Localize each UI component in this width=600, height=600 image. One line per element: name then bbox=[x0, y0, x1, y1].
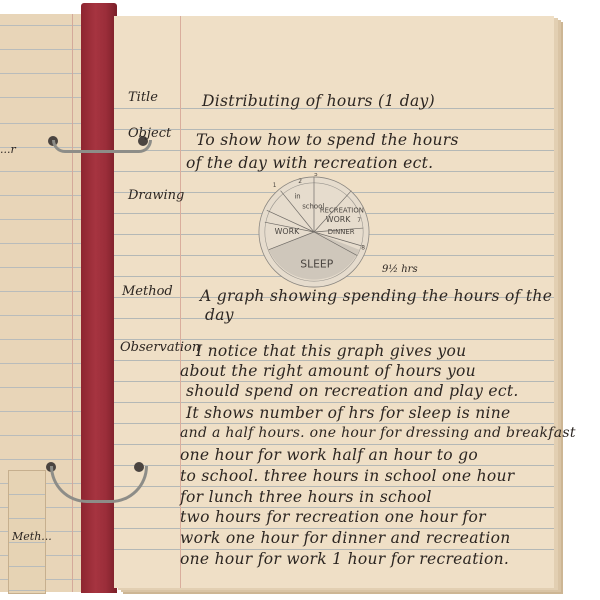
label-method: Method bbox=[122, 284, 173, 299]
observation-line: one hour for work half an hour to go bbox=[180, 446, 478, 464]
method-line-1: A graph showing spending the hours of th… bbox=[200, 287, 552, 305]
object-line-1: To show how to spend the hours bbox=[196, 131, 459, 149]
label-drawing: Drawing bbox=[128, 188, 184, 203]
observation-line: work one hour for dinner and recreation bbox=[180, 529, 511, 547]
svg-text:school: school bbox=[302, 202, 324, 210]
observation-line: It shows number of hrs for sleep is nine bbox=[186, 404, 511, 422]
svg-text:WORK: WORK bbox=[326, 215, 351, 224]
svg-text:8: 8 bbox=[361, 246, 365, 252]
svg-text:5: 5 bbox=[314, 173, 318, 178]
observation-line: should spend on recreation and play ect. bbox=[186, 382, 519, 400]
binder-ring-top bbox=[52, 140, 152, 153]
observation-line: and a half hours. one hour for dressing … bbox=[180, 425, 576, 441]
observation-line: for lunch three hours in school bbox=[180, 488, 432, 506]
hours-pie-drawing: SLEEP WORK RECREATION WORK DINNER in sch… bbox=[255, 173, 373, 291]
left-margin-line bbox=[72, 14, 73, 592]
observation-line: I notice that this graph gives you bbox=[196, 342, 466, 360]
svg-text:7: 7 bbox=[357, 218, 361, 224]
observation-line: to school. three hours in school one hou… bbox=[180, 467, 515, 485]
svg-text:WORK: WORK bbox=[275, 227, 300, 236]
svg-text:1: 1 bbox=[273, 183, 277, 189]
label-title: Title bbox=[128, 90, 158, 105]
svg-text:2: 2 bbox=[298, 179, 302, 185]
observation-line: two hours for recreation one hour for bbox=[180, 508, 486, 526]
observation-line: one hour for work 1 hour for recreation. bbox=[180, 550, 509, 568]
left-tab-label: Meth... bbox=[12, 530, 52, 543]
sleep-label: SLEEP bbox=[300, 257, 334, 270]
left-page-fragment: ...r bbox=[0, 143, 16, 156]
svg-text:DINNER: DINNER bbox=[328, 228, 355, 236]
binder-spine bbox=[81, 3, 117, 593]
label-observation: Observation bbox=[120, 340, 200, 355]
title-text: Distributing of hours (1 day) bbox=[202, 92, 435, 110]
drawing-annotation: 9½ hrs bbox=[382, 264, 418, 275]
label-object: Object bbox=[128, 126, 171, 141]
svg-text:RECREATION: RECREATION bbox=[320, 206, 364, 214]
object-line-2: of the day with recreation ect. bbox=[186, 154, 433, 172]
observation-line: about the right amount of hours you bbox=[180, 362, 476, 380]
method-line-2: day bbox=[205, 306, 234, 324]
svg-text:in: in bbox=[294, 193, 300, 201]
notebook-photo: ...r Meth... Title Object Drawing Method… bbox=[0, 0, 600, 600]
